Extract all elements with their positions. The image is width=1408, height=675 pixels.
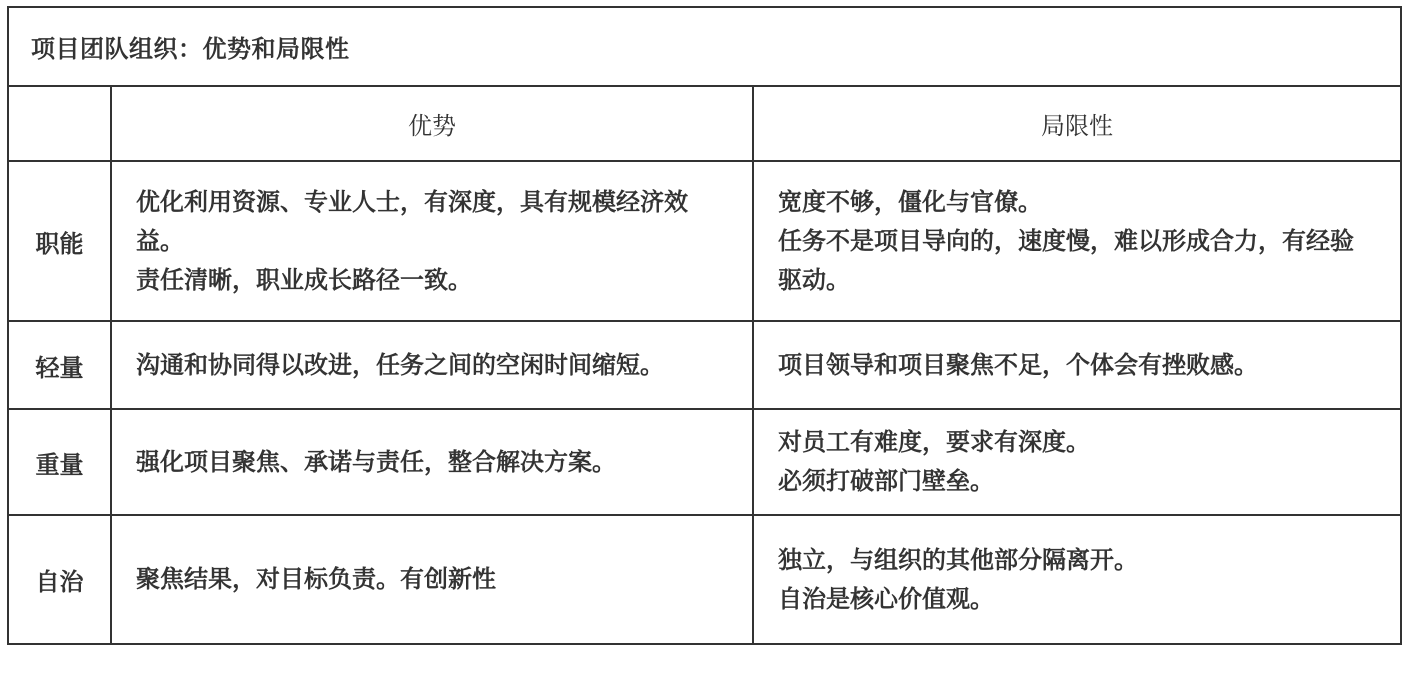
row-label-heavyweight: 重量 (8, 409, 111, 515)
page: 项目团队组织：优势和局限性 优势 局限性 职能 优化利用资源、专业人士，有深度，… (0, 0, 1408, 675)
advantage-cell-lightweight: 沟通和协同得以改进，任务之间的空闲时间缩短。 (111, 321, 753, 409)
advantage-cell-functional: 优化利用资源、专业人士，有深度，具有规模经济效益。 责任清晰，职业成长路径一致。 (111, 161, 753, 321)
header-row: 优势 局限性 (8, 86, 1401, 161)
limitation-cell-heavyweight: 对员工有难度，要求有深度。 必须打破部门壁垒。 (753, 409, 1401, 515)
row-label-functional: 职能 (8, 161, 111, 321)
row-label-lightweight: 轻量 (8, 321, 111, 409)
corner-cell (8, 86, 111, 161)
table-row-functional: 职能 优化利用资源、专业人士，有深度，具有规模经济效益。 责任清晰，职业成长路径… (8, 161, 1401, 321)
team-organization-table: 项目团队组织：优势和局限性 优势 局限性 职能 优化利用资源、专业人士，有深度，… (7, 6, 1402, 645)
column-header-advantage: 优势 (111, 86, 753, 161)
table-title: 项目团队组织：优势和局限性 (8, 7, 1401, 86)
table-row-heavyweight: 重量 强化项目聚焦、承诺与责任，整合解决方案。 对员工有难度，要求有深度。 必须… (8, 409, 1401, 515)
table-row-lightweight: 轻量 沟通和协同得以改进，任务之间的空闲时间缩短。 项目领导和项目聚焦不足，个体… (8, 321, 1401, 409)
limitation-cell-autonomous: 独立，与组织的其他部分隔离开。 自治是核心价值观。 (753, 515, 1401, 644)
row-label-autonomous: 自治 (8, 515, 111, 644)
title-row: 项目团队组织：优势和局限性 (8, 7, 1401, 86)
limitation-cell-lightweight: 项目领导和项目聚焦不足，个体会有挫败感。 (753, 321, 1401, 409)
advantage-cell-heavyweight: 强化项目聚焦、承诺与责任，整合解决方案。 (111, 409, 753, 515)
column-header-limitation: 局限性 (753, 86, 1401, 161)
limitation-cell-functional: 宽度不够，僵化与官僚。 任务不是项目导向的，速度慢，难以形成合力，有经验驱动。 (753, 161, 1401, 321)
advantage-cell-autonomous: 聚焦结果，对目标负责。有创新性 (111, 515, 753, 644)
table-row-autonomous: 自治 聚焦结果，对目标负责。有创新性 独立，与组织的其他部分隔离开。 自治是核心… (8, 515, 1401, 644)
